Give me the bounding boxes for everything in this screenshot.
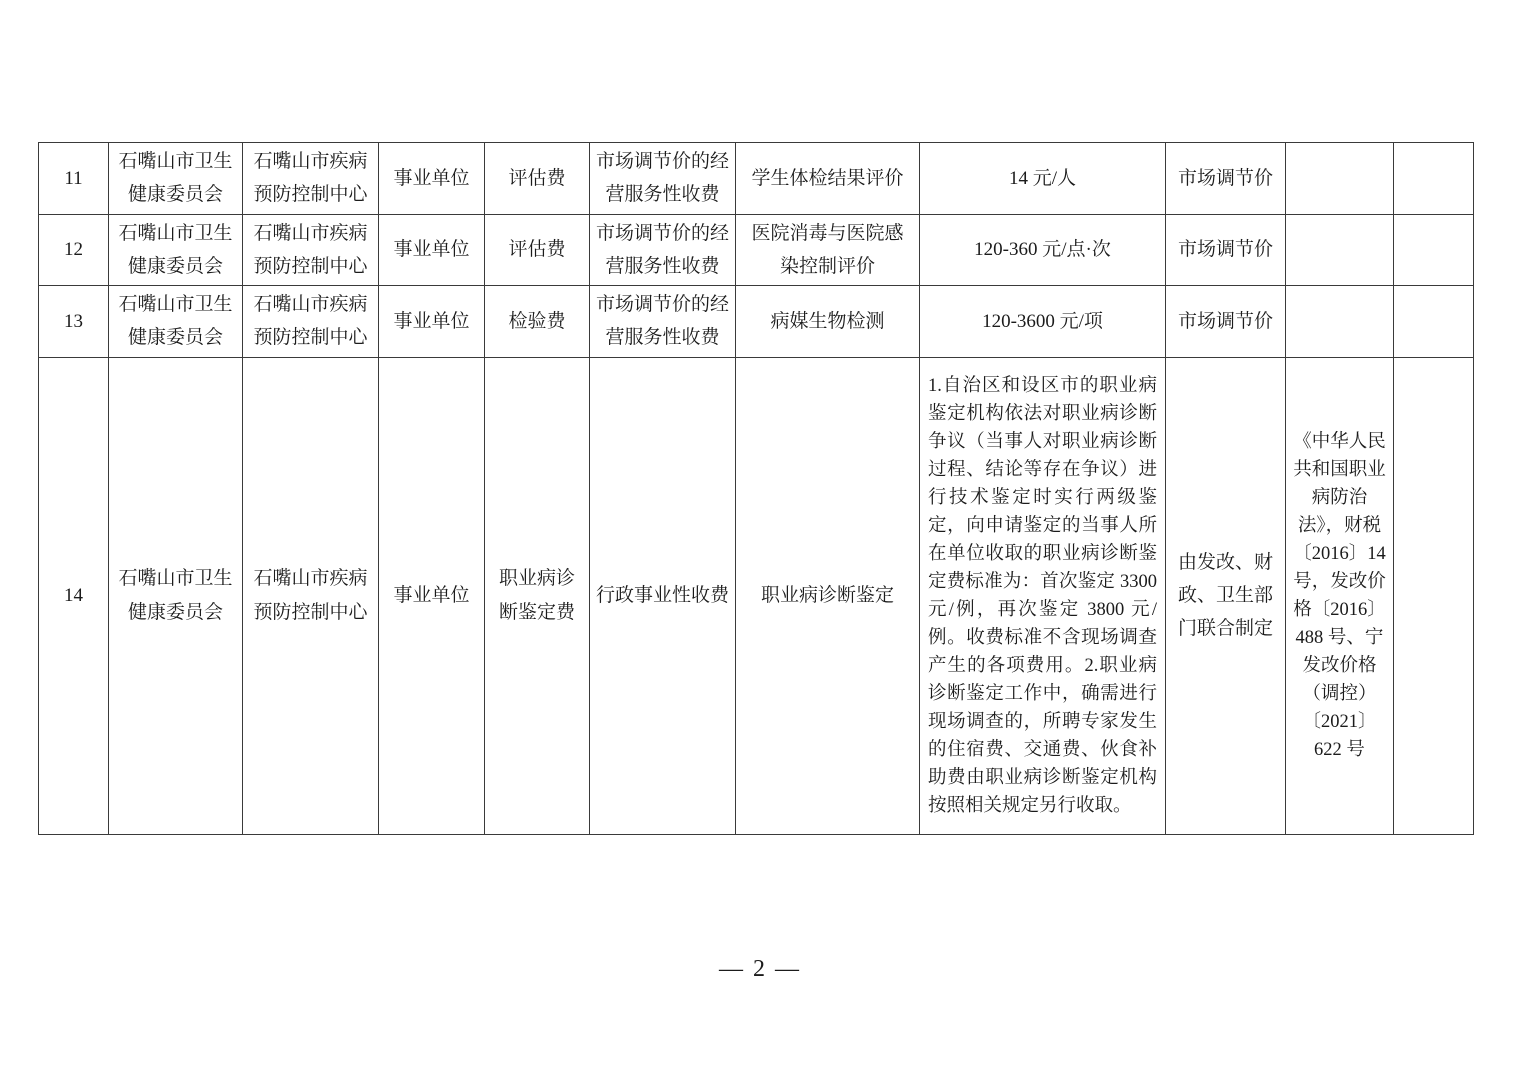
unit-type-cell: 事业单位 — [379, 214, 485, 286]
fee-category-cell: 市场调节价的经营服务性收费 — [590, 214, 736, 286]
fee-name-cell: 评估费 — [485, 214, 590, 286]
charging-unit-cell: 石嘴山市疾病预防控制中心 — [243, 357, 379, 834]
pricing-method-cell: 市场调节价 — [1166, 214, 1286, 286]
fee-item-cell: 学生体检结果评价 — [736, 143, 920, 215]
pricing-method-cell: 市场调节价 — [1166, 286, 1286, 358]
legal-basis-cell — [1286, 286, 1394, 358]
row-number-cell: 11 — [39, 143, 109, 215]
unit-type-cell: 事业单位 — [379, 357, 485, 834]
department-cell: 石嘴山市卫生健康委员会 — [109, 357, 243, 834]
row-number-cell: 13 — [39, 286, 109, 358]
fee-standard-cell: 14 元/人 — [920, 143, 1166, 215]
table-row: 14 石嘴山市卫生健康委员会 石嘴山市疾病预防控制中心 事业单位 职业病诊断鉴定… — [39, 357, 1474, 834]
fee-category-cell: 市场调节价的经营服务性收费 — [590, 286, 736, 358]
fee-standard-cell: 1.自治区和设区市的职业病鉴定机构依法对职业病诊断争议（当事人对职业病诊断过程、… — [920, 357, 1166, 834]
department-cell: 石嘴山市卫生健康委员会 — [109, 286, 243, 358]
fee-item-cell: 病媒生物检测 — [736, 286, 920, 358]
legal-basis-cell — [1286, 143, 1394, 215]
table-row: 11 石嘴山市卫生健康委员会 石嘴山市疾病预防控制中心 事业单位 评估费 市场调… — [39, 143, 1474, 215]
remark-cell — [1394, 214, 1474, 286]
fee-category-cell: 行政事业性收费 — [590, 357, 736, 834]
unit-type-cell: 事业单位 — [379, 286, 485, 358]
fee-standard-cell: 120-360 元/点·次 — [920, 214, 1166, 286]
fee-item-cell: 职业病诊断鉴定 — [736, 357, 920, 834]
row-number-cell: 14 — [39, 357, 109, 834]
legal-basis-cell — [1286, 214, 1394, 286]
fee-name-cell: 职业病诊断鉴定费 — [485, 357, 590, 834]
page-number: — 2 — — [0, 956, 1520, 983]
table-row: 12 石嘴山市卫生健康委员会 石嘴山市疾病预防控制中心 事业单位 评估费 市场调… — [39, 214, 1474, 286]
legal-basis-cell: 《中华人民共和国职业病防治法》，财税〔2016〕14 号，发改价格〔2016〕4… — [1286, 357, 1394, 834]
remark-cell — [1394, 286, 1474, 358]
pricing-method-cell: 市场调节价 — [1166, 143, 1286, 215]
fee-name-cell: 评估费 — [485, 143, 590, 215]
fee-item-cell: 医院消毒与医院感染控制评价 — [736, 214, 920, 286]
fee-name-cell: 检验费 — [485, 286, 590, 358]
fee-schedule-table: 11 石嘴山市卫生健康委员会 石嘴山市疾病预防控制中心 事业单位 评估费 市场调… — [38, 142, 1474, 835]
document-page: 11 石嘴山市卫生健康委员会 石嘴山市疾病预防控制中心 事业单位 评估费 市场调… — [38, 142, 1473, 835]
unit-type-cell: 事业单位 — [379, 143, 485, 215]
fee-category-cell: 市场调节价的经营服务性收费 — [590, 143, 736, 215]
row-number-cell: 12 — [39, 214, 109, 286]
pricing-method-cell: 由发改、财政、卫生部门联合制定 — [1166, 357, 1286, 834]
department-cell: 石嘴山市卫生健康委员会 — [109, 214, 243, 286]
charging-unit-cell: 石嘴山市疾病预防控制中心 — [243, 143, 379, 215]
fee-standard-cell: 120-3600 元/项 — [920, 286, 1166, 358]
charging-unit-cell: 石嘴山市疾病预防控制中心 — [243, 286, 379, 358]
remark-cell — [1394, 357, 1474, 834]
department-cell: 石嘴山市卫生健康委员会 — [109, 143, 243, 215]
remark-cell — [1394, 143, 1474, 215]
table-row: 13 石嘴山市卫生健康委员会 石嘴山市疾病预防控制中心 事业单位 检验费 市场调… — [39, 286, 1474, 358]
charging-unit-cell: 石嘴山市疾病预防控制中心 — [243, 214, 379, 286]
